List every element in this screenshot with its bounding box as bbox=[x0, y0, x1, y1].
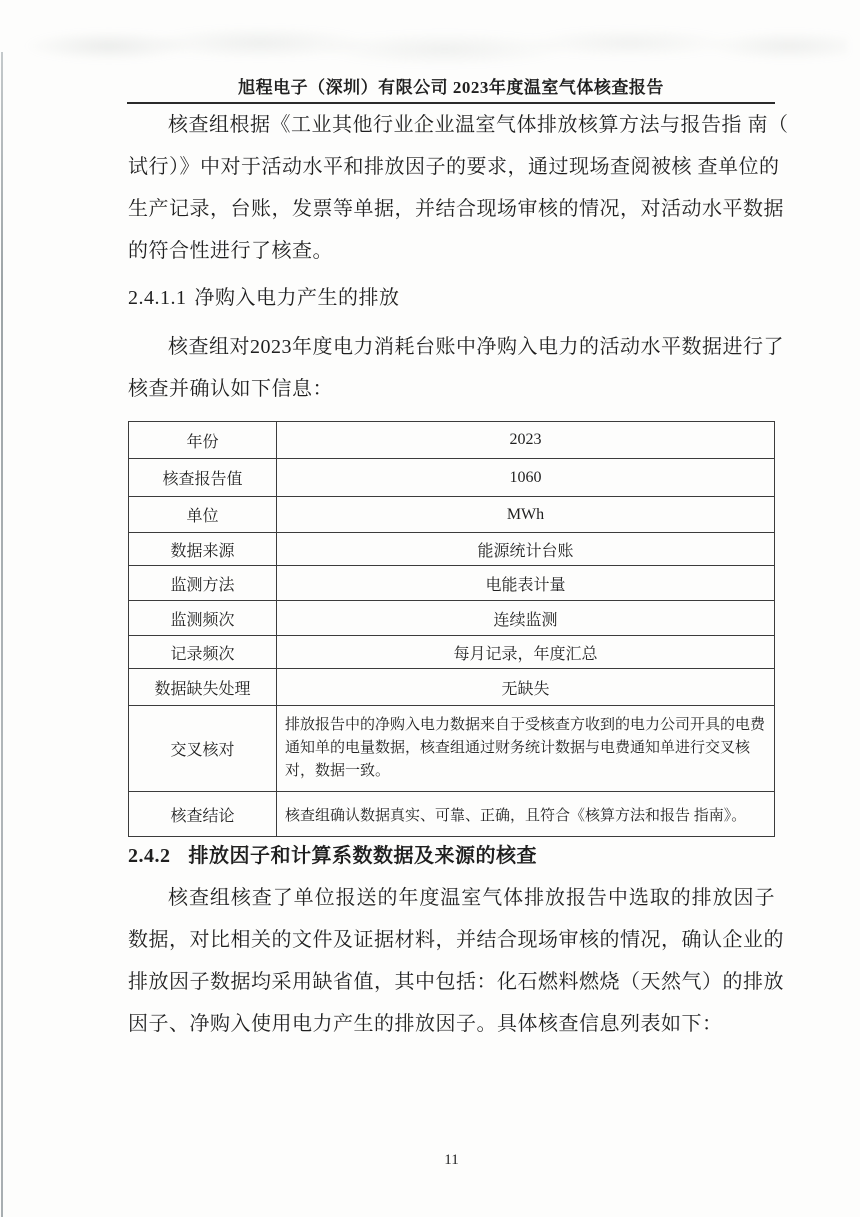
report-header-title: 旭程电子（深圳）有限公司 2023年度温室气体核查报告 bbox=[127, 74, 775, 104]
page-number: 11 bbox=[128, 1150, 775, 1170]
row-value: MWh bbox=[277, 497, 775, 533]
section-number: 2.4.2 bbox=[128, 845, 171, 867]
paragraph-line: 数据，对比相关的文件及证据材料，并结合现场审核的情况，确认企业的 bbox=[128, 919, 775, 961]
row-label: 记录频次 bbox=[129, 636, 277, 669]
table-row: 数据来源 能源统计台账 bbox=[129, 533, 775, 566]
row-value: 能源统计台账 bbox=[277, 533, 775, 566]
row-value: 排放报告中的净购入电力数据来自于受核查方收到的电力公司开具的电费通知单的电量数据… bbox=[277, 706, 775, 792]
section-title: 排放因子和计算系数数据及来源的核查 bbox=[189, 845, 538, 867]
paragraph-line: 因子、净购入使用电力产生的排放因子。具体核查信息列表如下： bbox=[128, 1003, 775, 1045]
scanned-report-page: 旭程电子（深圳）有限公司 2023年度温室气体核查报告 核查组根据《工业其他行业… bbox=[0, 0, 860, 1217]
row-value: 每月记录，年度汇总 bbox=[277, 636, 775, 669]
row-value: 核查组确认数据真实、可靠、正确，且符合《核算方法和报告 指南》。 bbox=[277, 792, 775, 837]
paragraph-line: 的符合性进行了核查。 bbox=[128, 230, 775, 272]
table-row: 数据缺失处理 无缺失 bbox=[129, 669, 775, 706]
paragraph-electricity-check: 核查组对2023年度电力消耗台账中净购入电力的活动水平数据进行了 核查并确认如下… bbox=[128, 326, 775, 410]
section-heading-242: 2.4.2排放因子和计算系数数据及来源的核查 bbox=[128, 842, 775, 870]
scan-smudge-artifact bbox=[8, 16, 848, 76]
row-label: 核查报告值 bbox=[129, 459, 277, 497]
paragraph-activity-data-intro: 核查组根据《工业其他行业企业温室气体排放核算方法与报告指 南（ 试行）》中对于活… bbox=[128, 104, 775, 272]
row-label: 数据来源 bbox=[129, 533, 277, 566]
paragraph-line: 核查并确认如下信息： bbox=[128, 368, 775, 410]
table-row: 单位 MWh bbox=[129, 497, 775, 533]
section-number: 2.4.1.1 bbox=[128, 287, 187, 309]
table-row: 年份 2023 bbox=[129, 422, 775, 459]
section-heading-2411: 2.4.1.1净购入电力产生的排放 bbox=[128, 284, 775, 312]
table-row: 监测方法 电能表计量 bbox=[129, 566, 775, 601]
paragraph-line: 试行）》中对于活动水平和排放因子的要求，通过现场查阅被核 查单位的 bbox=[128, 146, 775, 188]
paragraph-line: 排放因子数据均采用缺省值，其中包括：化石燃料燃烧（天然气）的排放 bbox=[128, 961, 775, 1003]
paragraph-line: 核查组对2023年度电力消耗台账中净购入电力的活动水平数据进行了 bbox=[128, 326, 775, 368]
paragraph-line: 核查组核查了单位报送的年度温室气体排放报告中选取的排放因子 bbox=[128, 877, 775, 919]
paragraph-line: 生产记录，台账，发票等单据，并结合现场审核的情况，对活动水平数据 bbox=[128, 188, 775, 230]
section-title: 净购入电力产生的排放 bbox=[195, 287, 400, 309]
scan-edge-line-artifact bbox=[1, 52, 3, 1217]
row-value: 无缺失 bbox=[277, 669, 775, 706]
row-value: 电能表计量 bbox=[277, 566, 775, 601]
table-row: 核查结论 核查组确认数据真实、可靠、正确，且符合《核算方法和报告 指南》。 bbox=[129, 792, 775, 837]
row-label: 单位 bbox=[129, 497, 277, 533]
table-row: 监测频次 连续监测 bbox=[129, 601, 775, 636]
table-row: 记录频次 每月记录，年度汇总 bbox=[129, 636, 775, 669]
row-label: 数据缺失处理 bbox=[129, 669, 277, 706]
row-label: 交叉核对 bbox=[129, 706, 277, 792]
verification-info-table: 年份 2023 核查报告值 1060 单位 MWh 数据来源 能源统计台账 监测… bbox=[128, 421, 775, 837]
row-label: 核查结论 bbox=[129, 792, 277, 837]
table-row: 核查报告值 1060 bbox=[129, 459, 775, 497]
row-label: 监测方法 bbox=[129, 566, 277, 601]
row-label: 监测频次 bbox=[129, 601, 277, 636]
paragraph-line: 核查组根据《工业其他行业企业温室气体排放核算方法与报告指 南（ bbox=[128, 104, 775, 146]
table-row: 交叉核对 排放报告中的净购入电力数据来自于受核查方收到的电力公司开具的电费通知单… bbox=[129, 706, 775, 792]
row-value: 连续监测 bbox=[277, 601, 775, 636]
paragraph-emission-factor-check: 核查组核查了单位报送的年度温室气体排放报告中选取的排放因子 数据，对比相关的文件… bbox=[128, 877, 775, 1045]
row-label: 年份 bbox=[129, 422, 277, 459]
row-value: 2023 bbox=[277, 422, 775, 459]
row-value: 1060 bbox=[277, 459, 775, 497]
